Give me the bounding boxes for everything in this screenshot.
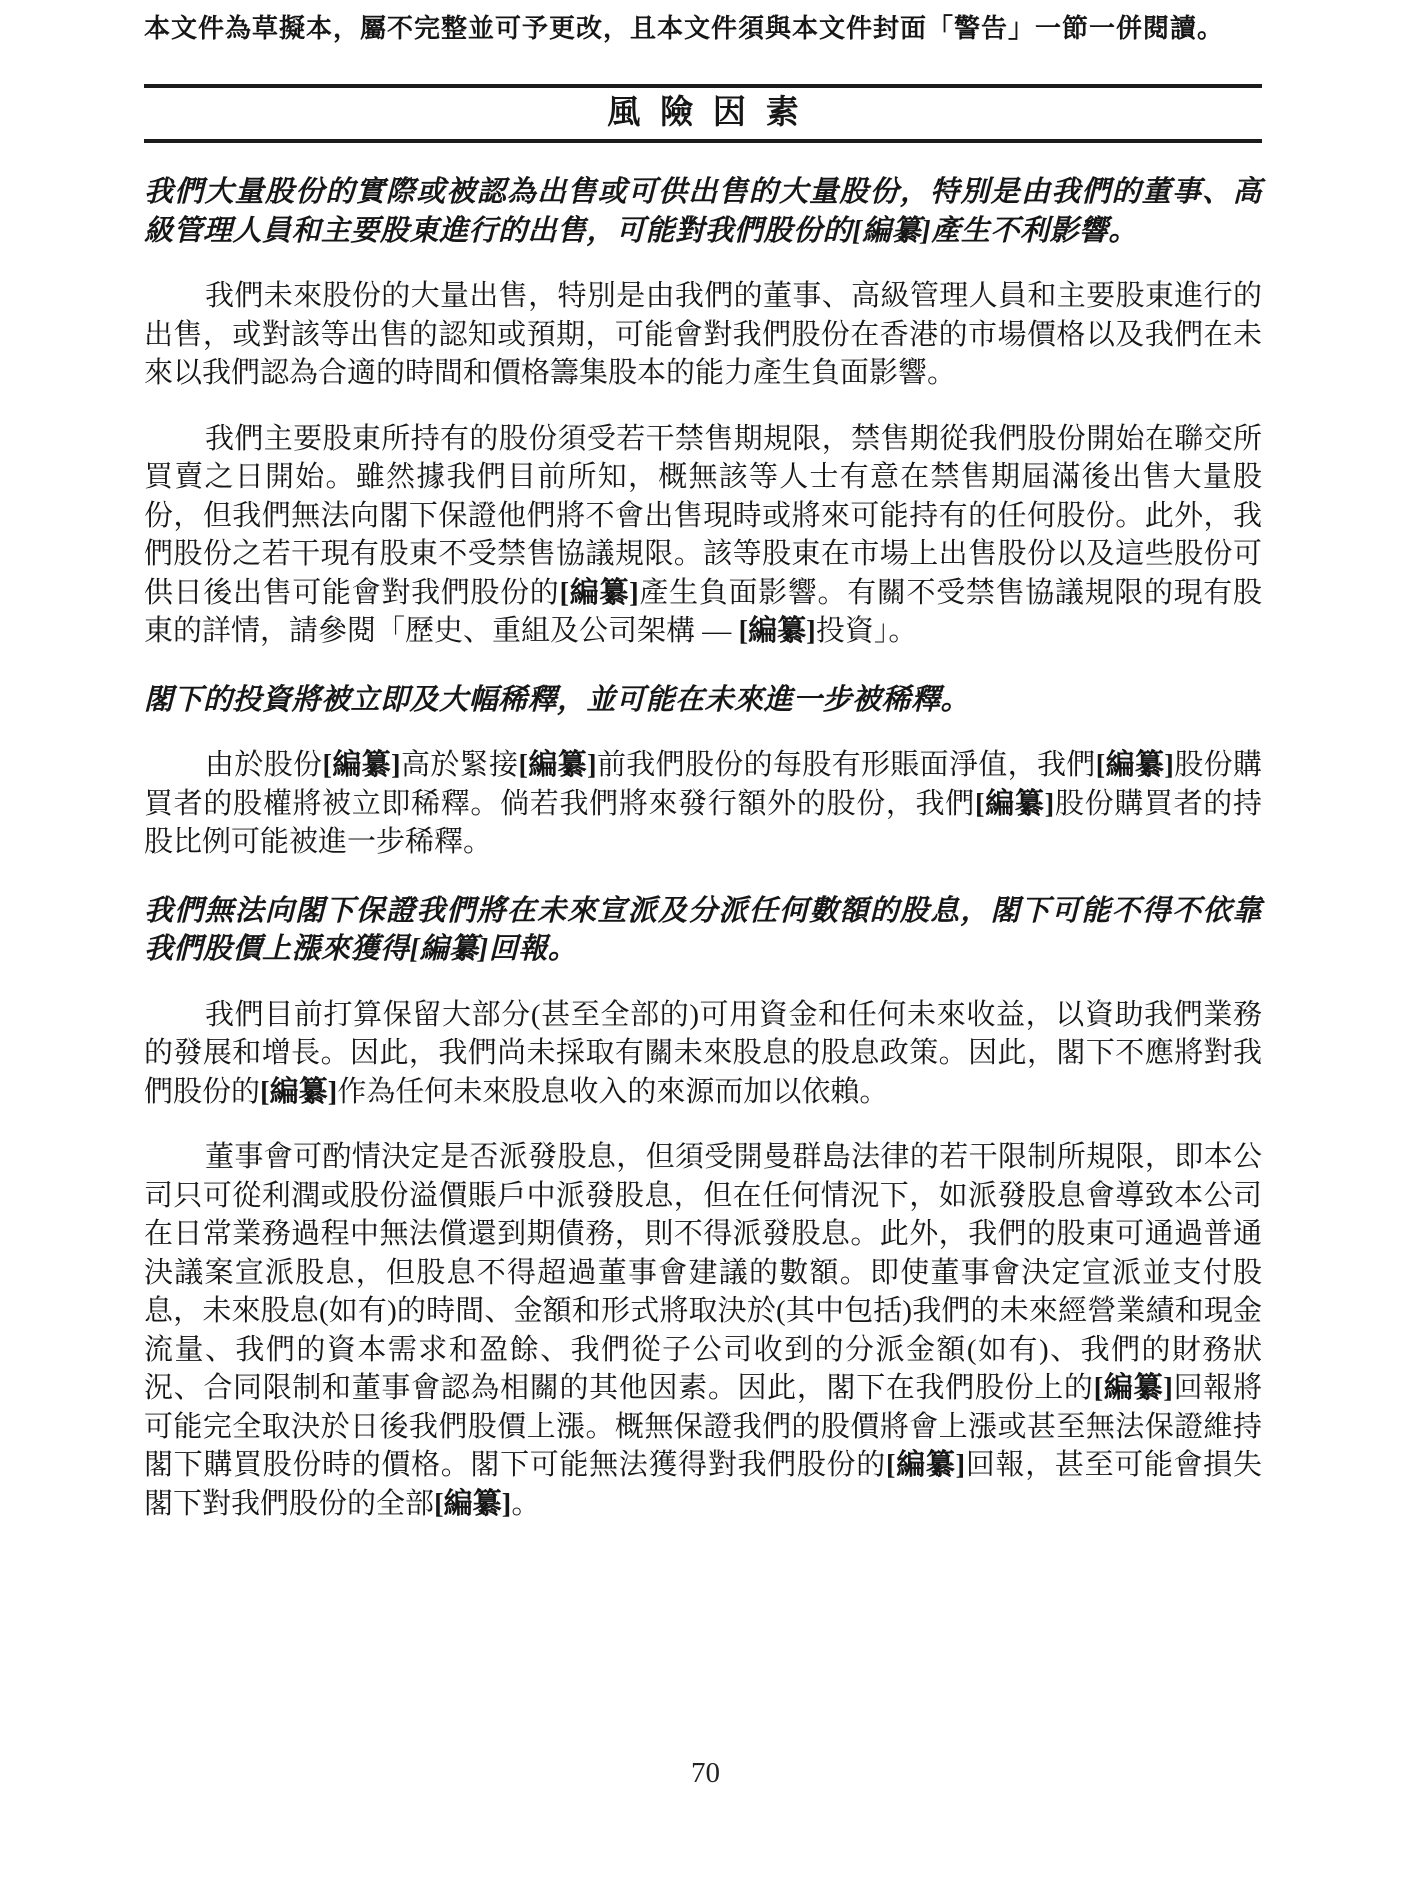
page-title: 風險因素: [144, 88, 1262, 139]
risk-heading-2: 閣下的投資將被立即及大幅稀釋，並可能在未來進一步被稀釋。: [144, 681, 1262, 720]
document-page: { "page": { "disclaimer": "本文件為草擬本，屬不完整並…: [0, 0, 1411, 1881]
risk-paragraph-5: 董事會可酌情決定是否派發股息，但須受開曼群島法律的若干限制所規限，即本公司只可從…: [144, 1138, 1262, 1523]
risk-paragraph-2: 我們主要股東所持有的股份須受若干禁售期規限，禁售期從我們股份開始在聯交所買賣之日…: [144, 420, 1262, 651]
section-title-banner: 風險因素: [144, 84, 1262, 143]
risk-heading-3: 我們無法向閣下保證我們將在未來宣派及分派任何數額的股息，閣下可能不得不依靠我們股…: [144, 892, 1262, 969]
title-rule-bottom: [144, 139, 1262, 143]
risk-paragraph-4: 我們目前打算保留大部分(甚至全部的)可用資金和任何未來收益，以資助我們業務的發展…: [144, 996, 1262, 1112]
page-number: 70: [0, 1757, 1411, 1790]
risk-paragraph-3: 由於股份[編纂]高於緊接[編纂]前我們股份的每股有形賬面淨值，我們[編纂]股份購…: [144, 746, 1262, 862]
risk-paragraph-1: 我們未來股份的大量出售，特別是由我們的董事、高級管理人員和主要股東進行的出售，或…: [144, 277, 1262, 393]
page-content: 本文件為草擬本，屬不完整並可予更改，且本文件須與本文件封面「警告」一節一併閱讀。…: [144, 12, 1262, 1523]
risk-heading-1: 我們大量股份的實際或被認為出售或可供出售的大量股份，特別是由我們的董事、高級管理…: [144, 173, 1262, 250]
draft-disclaimer: 本文件為草擬本，屬不完整並可予更改，且本文件須與本文件封面「警告」一節一併閱讀。: [144, 12, 1262, 46]
